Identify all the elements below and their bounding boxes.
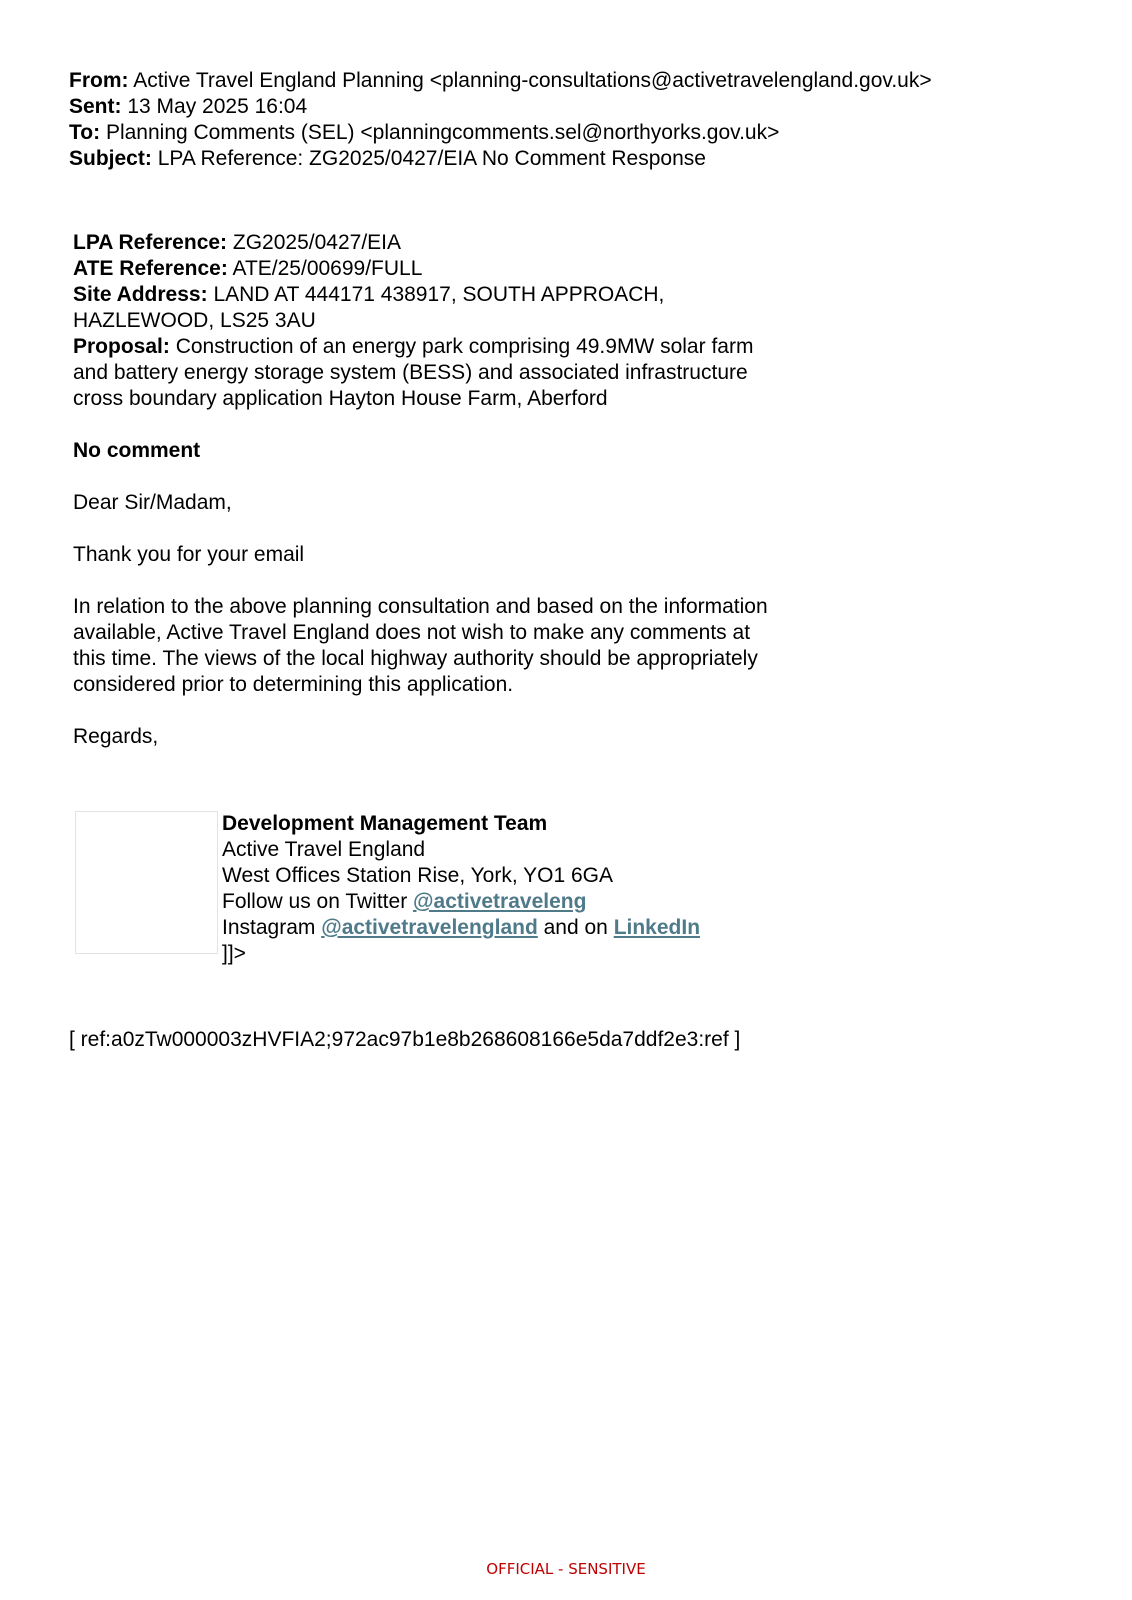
ate-reference-label: ATE Reference: bbox=[73, 257, 228, 280]
lpa-reference-label: LPA Reference: bbox=[73, 231, 227, 254]
sent-value: 13 May 2025 16:04 bbox=[127, 95, 307, 118]
email-body: LPA Reference: ZG2025/0427/EIA ATE Refer… bbox=[73, 230, 833, 750]
no-comment-heading: No comment bbox=[73, 438, 833, 464]
lpa-reference-value: ZG2025/0427/EIA bbox=[233, 231, 401, 254]
subject-line: Subject: LPA Reference: ZG2025/0427/EIA … bbox=[69, 146, 932, 172]
instagram-link[interactable]: @activetravelengland bbox=[321, 916, 538, 939]
lpa-reference: LPA Reference: ZG2025/0427/EIA bbox=[73, 230, 833, 256]
signature-twitter-line: Follow us on Twitter @activetraveleng bbox=[222, 889, 700, 915]
signature-social-line: Instagram @activetravelengland and on Li… bbox=[222, 915, 700, 941]
ate-reference: ATE Reference: ATE/25/00699/FULL bbox=[73, 256, 833, 282]
site-address-value-line2: HAZLEWOOD, LS25 3AU bbox=[73, 308, 833, 334]
main-line: In relation to the above planning consul… bbox=[73, 594, 833, 620]
proposal-line3: cross boundary application Hayton House … bbox=[73, 386, 833, 412]
to-line: To: Planning Comments (SEL) <planningcom… bbox=[69, 120, 932, 146]
subject-label: Subject: bbox=[69, 147, 152, 170]
sent-label: Sent: bbox=[69, 95, 122, 118]
signature-org: Active Travel England bbox=[222, 837, 700, 863]
from-label: From: bbox=[69, 69, 129, 92]
proposal: Proposal: Construction of an energy park… bbox=[73, 334, 833, 360]
subject-value: LPA Reference: ZG2025/0427/EIA No Commen… bbox=[158, 147, 706, 170]
proposal-label: Proposal: bbox=[73, 335, 170, 358]
to-label: To: bbox=[69, 121, 100, 144]
proposal-line1: Construction of an energy park comprisin… bbox=[176, 335, 754, 358]
sent-line: Sent: 13 May 2025 16:04 bbox=[69, 94, 932, 120]
main-line: considered prior to determining this app… bbox=[73, 672, 833, 698]
twitter-prefix: Follow us on Twitter bbox=[222, 890, 413, 913]
signature-logo-placeholder-image bbox=[75, 811, 218, 954]
instagram-prefix: Instagram bbox=[222, 916, 321, 939]
linkedin-link[interactable]: LinkedIn bbox=[614, 916, 700, 939]
site-address: Site Address: LAND AT 444171 438917, SOU… bbox=[73, 282, 833, 308]
site-address-value-line1: LAND AT 444171 438917, SOUTH APPROACH, bbox=[213, 283, 664, 306]
main-line: this time. The views of the local highwa… bbox=[73, 646, 833, 672]
to-value: Planning Comments (SEL) <planningcomment… bbox=[106, 121, 779, 144]
signature-trailer: ]]> bbox=[222, 941, 700, 967]
signature-text: Development Management Team Active Trave… bbox=[222, 811, 700, 967]
signoff: Regards, bbox=[73, 724, 833, 750]
greeting: Dear Sir/Madam, bbox=[73, 490, 833, 516]
classification-footer: OFFICIAL - SENSITIVE bbox=[0, 1556, 1132, 1582]
proposal-line2: and battery energy storage system (BESS)… bbox=[73, 360, 833, 386]
from-value: Active Travel England Planning <planning… bbox=[133, 69, 931, 92]
ate-reference-value: ATE/25/00699/FULL bbox=[233, 257, 423, 280]
thanks-line: Thank you for your email bbox=[73, 542, 833, 568]
main-line: available, Active Travel England does no… bbox=[73, 620, 833, 646]
twitter-link[interactable]: @activetraveleng bbox=[413, 890, 586, 913]
email-header: From: Active Travel England Planning <pl… bbox=[69, 68, 932, 172]
signature-address: West Offices Station Rise, York, YO1 6GA bbox=[222, 863, 700, 889]
from-line: From: Active Travel England Planning <pl… bbox=[69, 68, 932, 94]
site-address-label: Site Address: bbox=[73, 283, 208, 306]
linkedin-prefix: and on bbox=[538, 916, 614, 939]
main-paragraph: In relation to the above planning consul… bbox=[73, 594, 833, 698]
signature-team: Development Management Team bbox=[222, 811, 700, 837]
reference-id: [ ref:a0zTw000003zHVFIA2;972ac97b1e8b268… bbox=[69, 1027, 740, 1053]
